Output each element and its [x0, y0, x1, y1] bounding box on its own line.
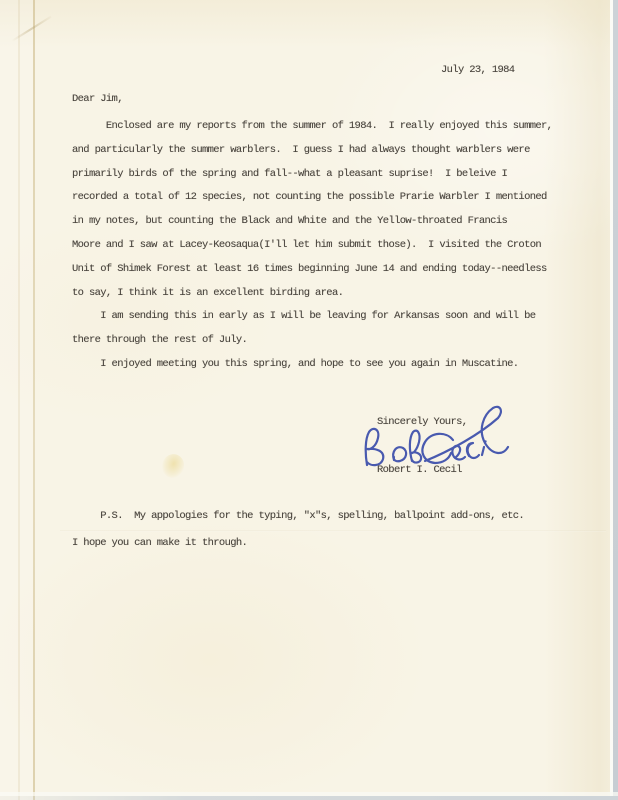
letter-typed-name: Robert I. Cecil: [377, 459, 462, 483]
letter-body: Enclosed are my reports from the summer …: [72, 115, 552, 377]
stain-mark: [159, 451, 187, 481]
underlying-sheet-edge: [18, 0, 20, 800]
signature-stroke-b: [410, 431, 421, 463]
signature-stroke-c-small: [467, 443, 479, 458]
letter-body-line: Enclosed are my reports from the summer …: [72, 115, 552, 139]
scan-edge-right: [613, 0, 618, 800]
letter-body-line: I enjoyed meeting you this spring, and h…: [72, 353, 552, 377]
letter-ps-line: I hope you can make it through.: [72, 530, 524, 557]
signature-stroke-i: [482, 447, 484, 455]
letter-salutation: Dear Jim,: [72, 88, 123, 112]
letter-body-line: in my notes, but counting the Black and …: [72, 210, 552, 234]
paper-left-edge: [33, 0, 35, 800]
letter-body-line: to say, I think it is an excellent birdi…: [72, 282, 552, 306]
letter-ps-line: P.S. My appologies for the typing, "x"s,…: [72, 503, 524, 530]
letter-body-line: and particularly the summer warblers. I …: [72, 139, 552, 163]
letter-body-line: primarily birds of the spring and fall--…: [72, 163, 552, 187]
letter-body-line: I am sending this in early as I will be …: [72, 305, 552, 329]
scanned-letter-page: July 23, 1984 Dear Jim, Enclosed are my …: [0, 0, 618, 800]
letter-body-line: Unit of Shimek Forest at least 16 times …: [72, 258, 552, 282]
scan-edge-bottom: [0, 796, 618, 800]
underlying-sheet: [0, 0, 33, 800]
letter-body-line: Moore and I saw at Lacey-Keosaqua(I'll l…: [72, 234, 552, 258]
letter-body-line: there through the rest of July.: [72, 329, 552, 353]
letter-postscript: P.S. My appologies for the typing, "x"s,…: [72, 503, 524, 556]
letter-body-line: recorded a total of 12 species, not coun…: [72, 186, 552, 210]
letter-date: July 23, 1984: [441, 59, 514, 83]
